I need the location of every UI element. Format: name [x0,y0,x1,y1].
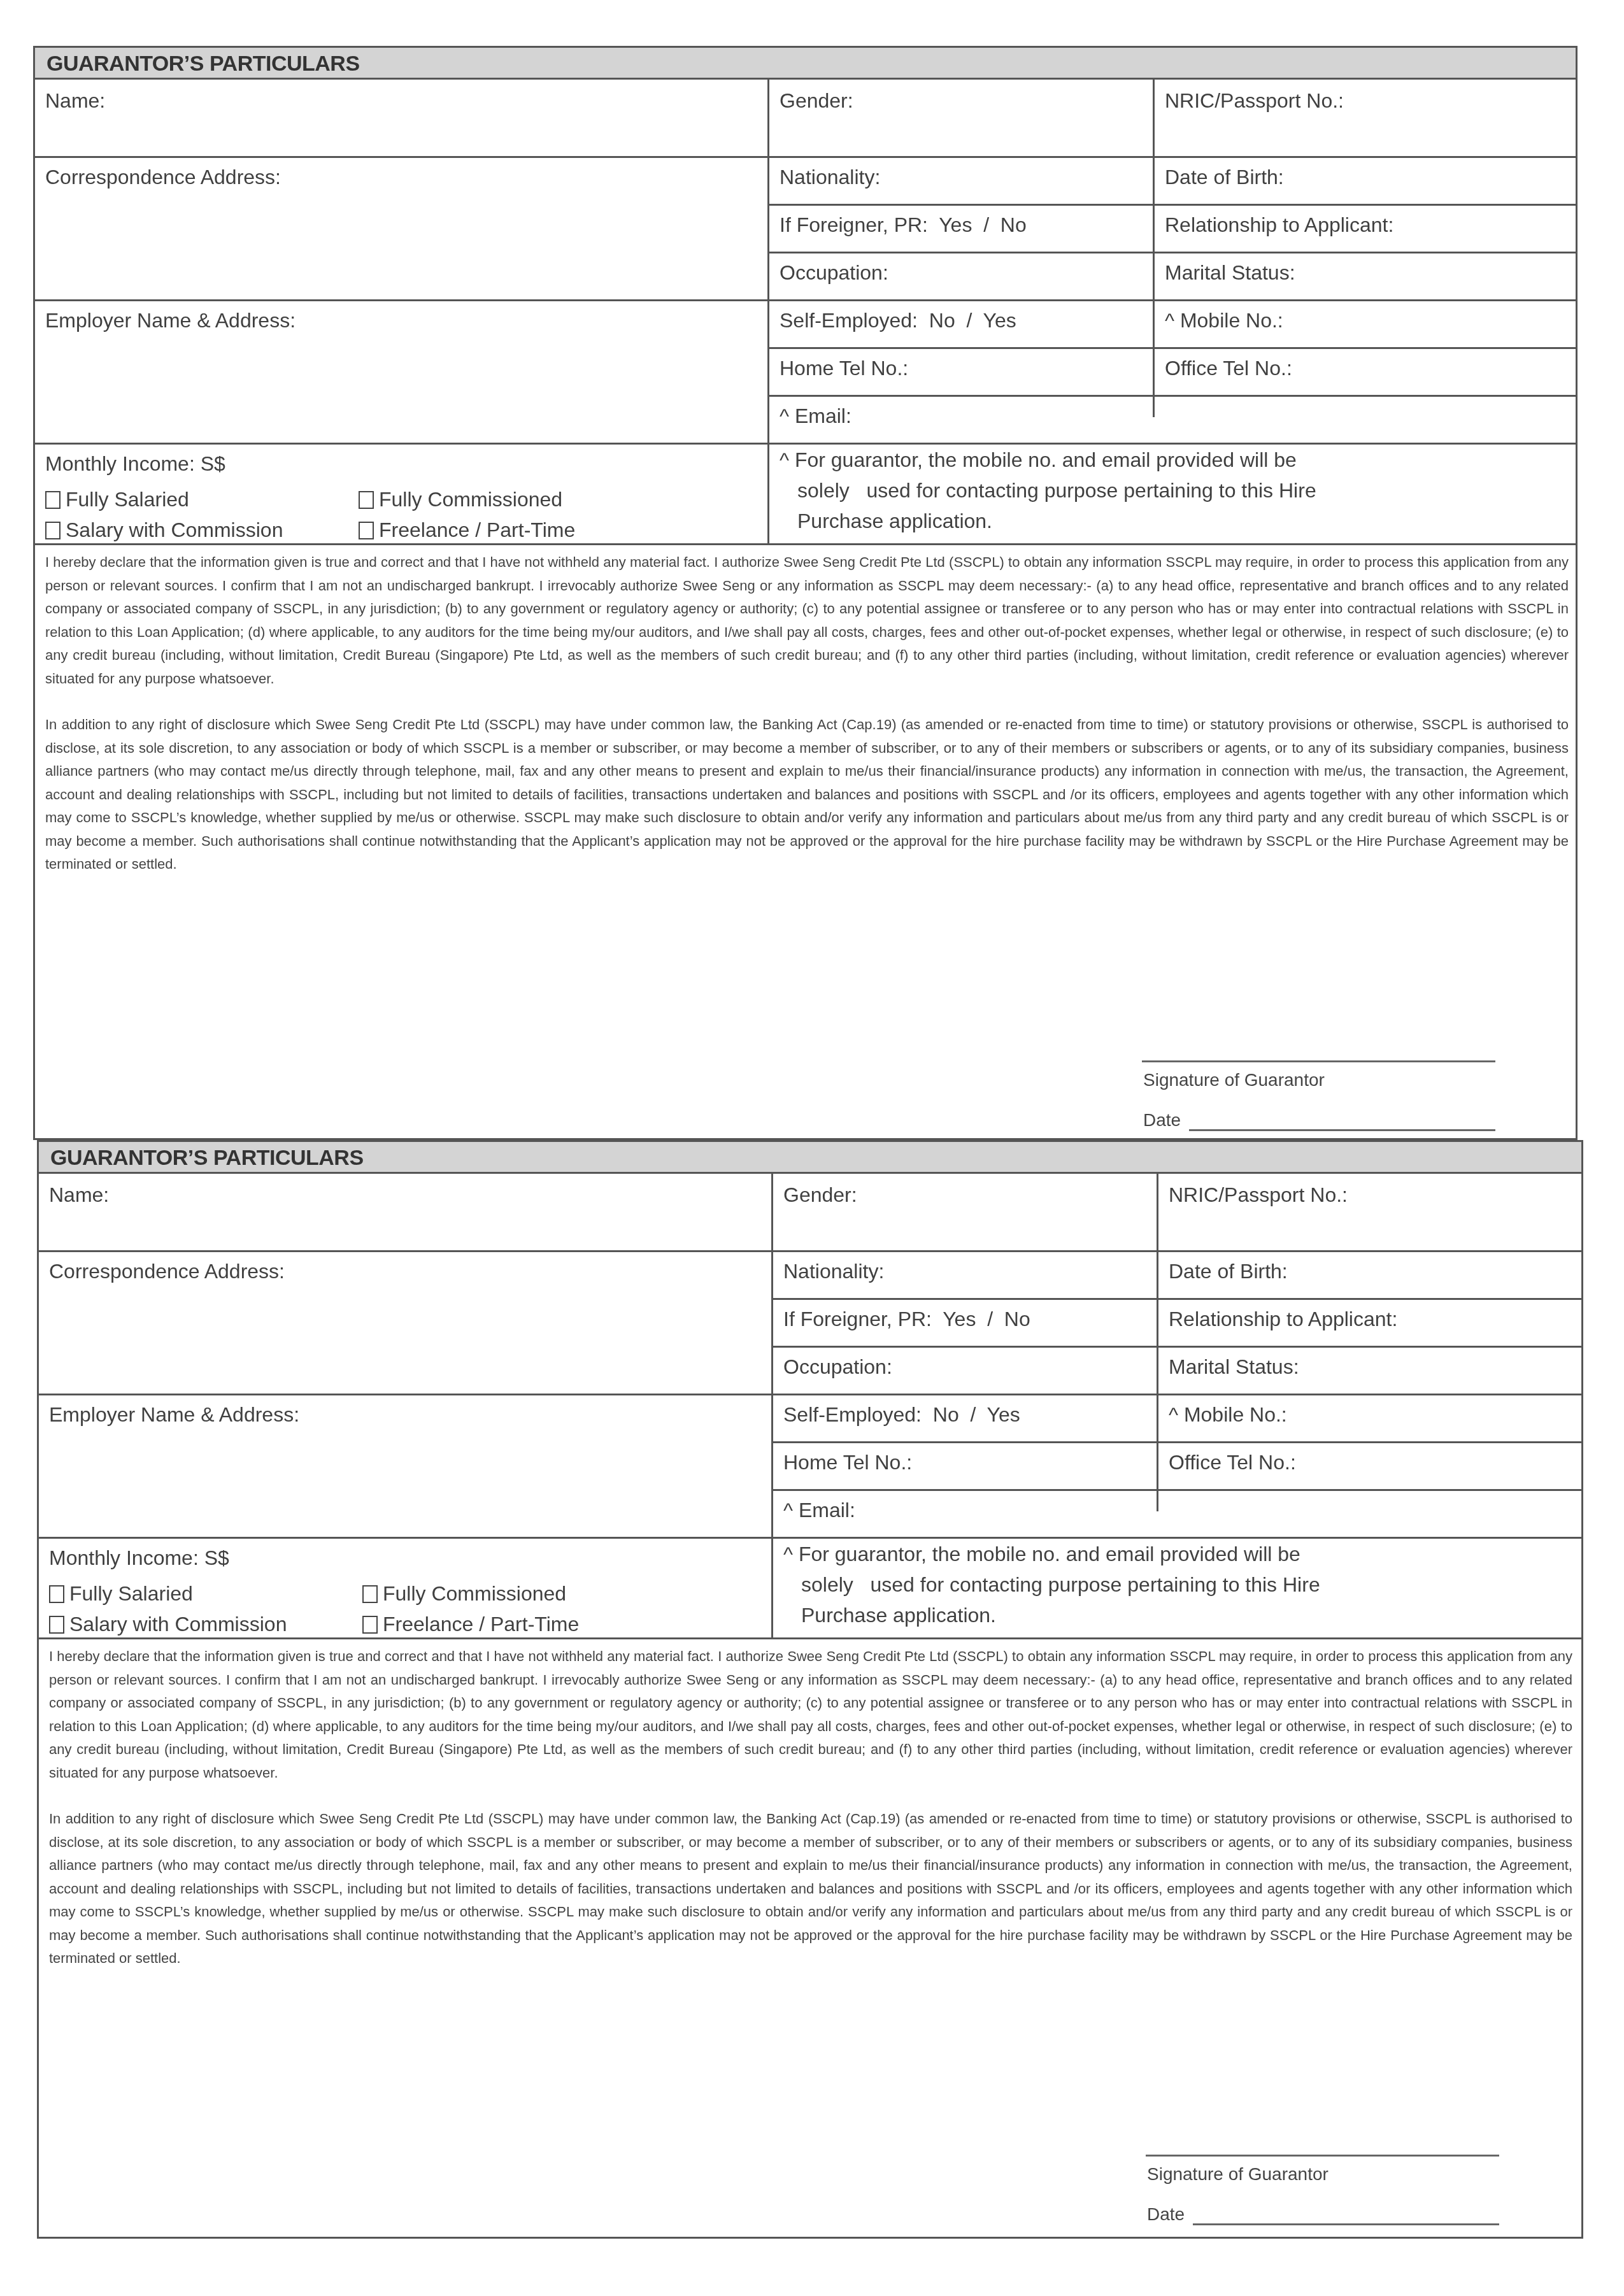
gender-label: Gender: [783,1183,857,1207]
employer-label: Employer Name & Address: [49,1403,299,1427]
marital-status-field[interactable]: Marital Status: [1155,253,1578,299]
foreigner-pr-field[interactable]: If Foreigner, PR: Yes / No [773,1300,1157,1346]
email-field[interactable]: ^ Email: [769,397,1578,443]
nric-label: NRIC/Passport No.: [1169,1183,1348,1207]
nric-field[interactable]: NRIC/Passport No.: [1155,82,1578,156]
mobile-field[interactable]: ^ Mobile No.: [1158,1395,1581,1441]
option-freelance-part-time[interactable]: Freelance / Part-Time [359,518,575,542]
self-employed-label: Self-Employed: No / Yes [783,1403,1020,1427]
date-label: Date [1147,2204,1185,2225]
name-label: Name: [49,1183,109,1207]
self-employed-label: Self-Employed: No / Yes [780,309,1016,332]
home-tel-label: Home Tel No.: [783,1451,912,1474]
relationship-label: Relationship to Applicant: [1169,1308,1397,1331]
monthly-income-label: Monthly Income: S$ [45,452,225,476]
office-tel-field[interactable]: Office Tel No.: [1155,349,1578,395]
email-field[interactable]: ^ Email: [773,1491,1581,1537]
employer-field[interactable]: Employer Name & Address: [35,301,767,443]
nationality-field[interactable]: Nationality: [773,1252,1157,1298]
monthly-income-field[interactable]: Monthly Income: S$ Fully Salaried Fully … [39,1539,771,1637]
monthly-income-field[interactable]: Monthly Income: S$ Fully Salaried Fully … [35,445,767,543]
checkbox[interactable] [362,1585,378,1603]
address-label: Correspondence Address: [49,1260,285,1283]
contact-note: ^ For guarantor, the mobile no. and emai… [773,1539,1581,1637]
contact-note: ^ For guarantor, the mobile no. and emai… [769,445,1578,543]
office-tel-field[interactable]: Office Tel No.: [1158,1443,1581,1489]
dob-label: Date of Birth: [1165,166,1284,189]
mobile-label: ^ Mobile No.: [1165,309,1283,332]
relationship-label: Relationship to Applicant: [1165,213,1393,237]
option-label: Fully Salaried [69,1582,193,1606]
option-freelance-part-time[interactable]: Freelance / Part-Time [362,1613,579,1636]
declaration-text: I hereby declare that the information gi… [49,1645,1572,1993]
date-line[interactable] [1193,2223,1499,2225]
dob-field[interactable]: Date of Birth: [1158,1252,1581,1298]
signature-line[interactable] [1142,1060,1495,1062]
checkbox[interactable] [359,522,374,539]
name-label: Name: [45,89,105,113]
declaration-paragraph-2: In addition to any right of disclosure w… [45,713,1569,876]
dob-label: Date of Birth: [1169,1260,1288,1283]
checkbox[interactable] [45,491,61,509]
contact-note-text: ^ For guarantor, the mobile no. and emai… [780,445,1316,536]
foreigner-pr-label: If Foreigner, PR: Yes / No [783,1308,1030,1331]
occupation-field[interactable]: Occupation: [769,253,1153,299]
correspondence-address-field[interactable]: Correspondence Address: [35,158,767,299]
nric-field[interactable]: NRIC/Passport No.: [1158,1176,1581,1250]
section-title: GUARANTOR’S PARTICULARS [35,48,1576,80]
name-field[interactable]: Name: [35,82,767,156]
option-label: Fully Commissioned [383,1582,566,1606]
name-field[interactable]: Name: [39,1176,771,1250]
checkbox[interactable] [49,1585,64,1603]
date-label: Date [1143,1110,1181,1130]
option-label: Salary with Commission [66,518,283,542]
option-label: Fully Salaried [66,488,189,511]
marital-status-label: Marital Status: [1169,1355,1299,1379]
occupation-field[interactable]: Occupation: [773,1348,1157,1394]
nationality-label: Nationality: [783,1260,884,1283]
option-fully-commissioned[interactable]: Fully Commissioned [359,488,562,511]
occupation-label: Occupation: [783,1355,892,1379]
employer-label: Employer Name & Address: [45,309,296,332]
declaration-paragraph-1: I hereby declare that the information gi… [45,551,1569,690]
foreigner-pr-field[interactable]: If Foreigner, PR: Yes / No [769,206,1153,252]
signature-line[interactable] [1146,2155,1499,2157]
gender-field[interactable]: Gender: [773,1176,1157,1250]
relationship-field[interactable]: Relationship to Applicant: [1155,206,1578,252]
option-fully-salaried[interactable]: Fully Salaried [45,488,189,511]
checkbox[interactable] [362,1616,378,1634]
nationality-field[interactable]: Nationality: [769,158,1153,204]
option-fully-commissioned[interactable]: Fully Commissioned [362,1582,566,1606]
declaration-paragraph-2: In addition to any right of disclosure w… [49,1808,1572,1971]
declaration-text: I hereby declare that the information gi… [45,551,1569,899]
divider [35,543,1578,545]
monthly-income-label: Monthly Income: S$ [49,1546,229,1570]
checkbox[interactable] [49,1616,64,1634]
mobile-label: ^ Mobile No.: [1169,1403,1287,1427]
contact-note-text: ^ For guarantor, the mobile no. and emai… [783,1539,1320,1630]
guarantor-section: GUARANTOR’S PARTICULARS Name: Correspond… [37,1140,1583,2239]
guarantor-section: GUARANTOR’S PARTICULARS Name: Correspond… [33,46,1578,1140]
signature-label: Signature of Guarantor [1147,2164,1328,2185]
date-line[interactable] [1189,1129,1495,1131]
address-label: Correspondence Address: [45,166,281,189]
foreigner-pr-label: If Foreigner, PR: Yes / No [780,213,1027,237]
email-label: ^ Email: [783,1499,855,1522]
divider [39,1637,1581,1639]
option-label: Freelance / Part-Time [379,518,575,542]
relationship-field[interactable]: Relationship to Applicant: [1158,1300,1581,1346]
home-tel-field[interactable]: Home Tel No.: [769,349,1153,395]
dob-field[interactable]: Date of Birth: [1155,158,1578,204]
home-tel-field[interactable]: Home Tel No.: [773,1443,1157,1489]
self-employed-field[interactable]: Self-Employed: No / Yes [773,1395,1157,1441]
option-salary-with-commission[interactable]: Salary with Commission [45,518,283,542]
option-fully-salaried[interactable]: Fully Salaried [49,1582,193,1606]
signature-label: Signature of Guarantor [1143,1070,1325,1090]
option-label: Salary with Commission [69,1613,287,1636]
occupation-label: Occupation: [780,261,888,285]
self-employed-field[interactable]: Self-Employed: No / Yes [769,301,1153,347]
employer-field[interactable]: Employer Name & Address: [39,1395,771,1537]
email-label: ^ Email: [780,404,851,428]
gender-label: Gender: [780,89,853,113]
gender-field[interactable]: Gender: [769,82,1153,156]
section-title: GUARANTOR’S PARTICULARS [39,1142,1581,1174]
option-salary-with-commission[interactable]: Salary with Commission [49,1613,287,1636]
home-tel-label: Home Tel No.: [780,357,908,380]
declaration-paragraph-1: I hereby declare that the information gi… [49,1645,1572,1785]
marital-status-field[interactable]: Marital Status: [1158,1348,1581,1394]
nationality-label: Nationality: [780,166,880,189]
option-label: Fully Commissioned [379,488,562,511]
correspondence-address-field[interactable]: Correspondence Address: [39,1252,771,1394]
mobile-field[interactable]: ^ Mobile No.: [1155,301,1578,347]
option-label: Freelance / Part-Time [383,1613,579,1636]
checkbox[interactable] [359,491,374,509]
nric-label: NRIC/Passport No.: [1165,89,1344,113]
office-tel-label: Office Tel No.: [1169,1451,1296,1474]
office-tel-label: Office Tel No.: [1165,357,1292,380]
checkbox[interactable] [45,522,61,539]
marital-status-label: Marital Status: [1165,261,1295,285]
